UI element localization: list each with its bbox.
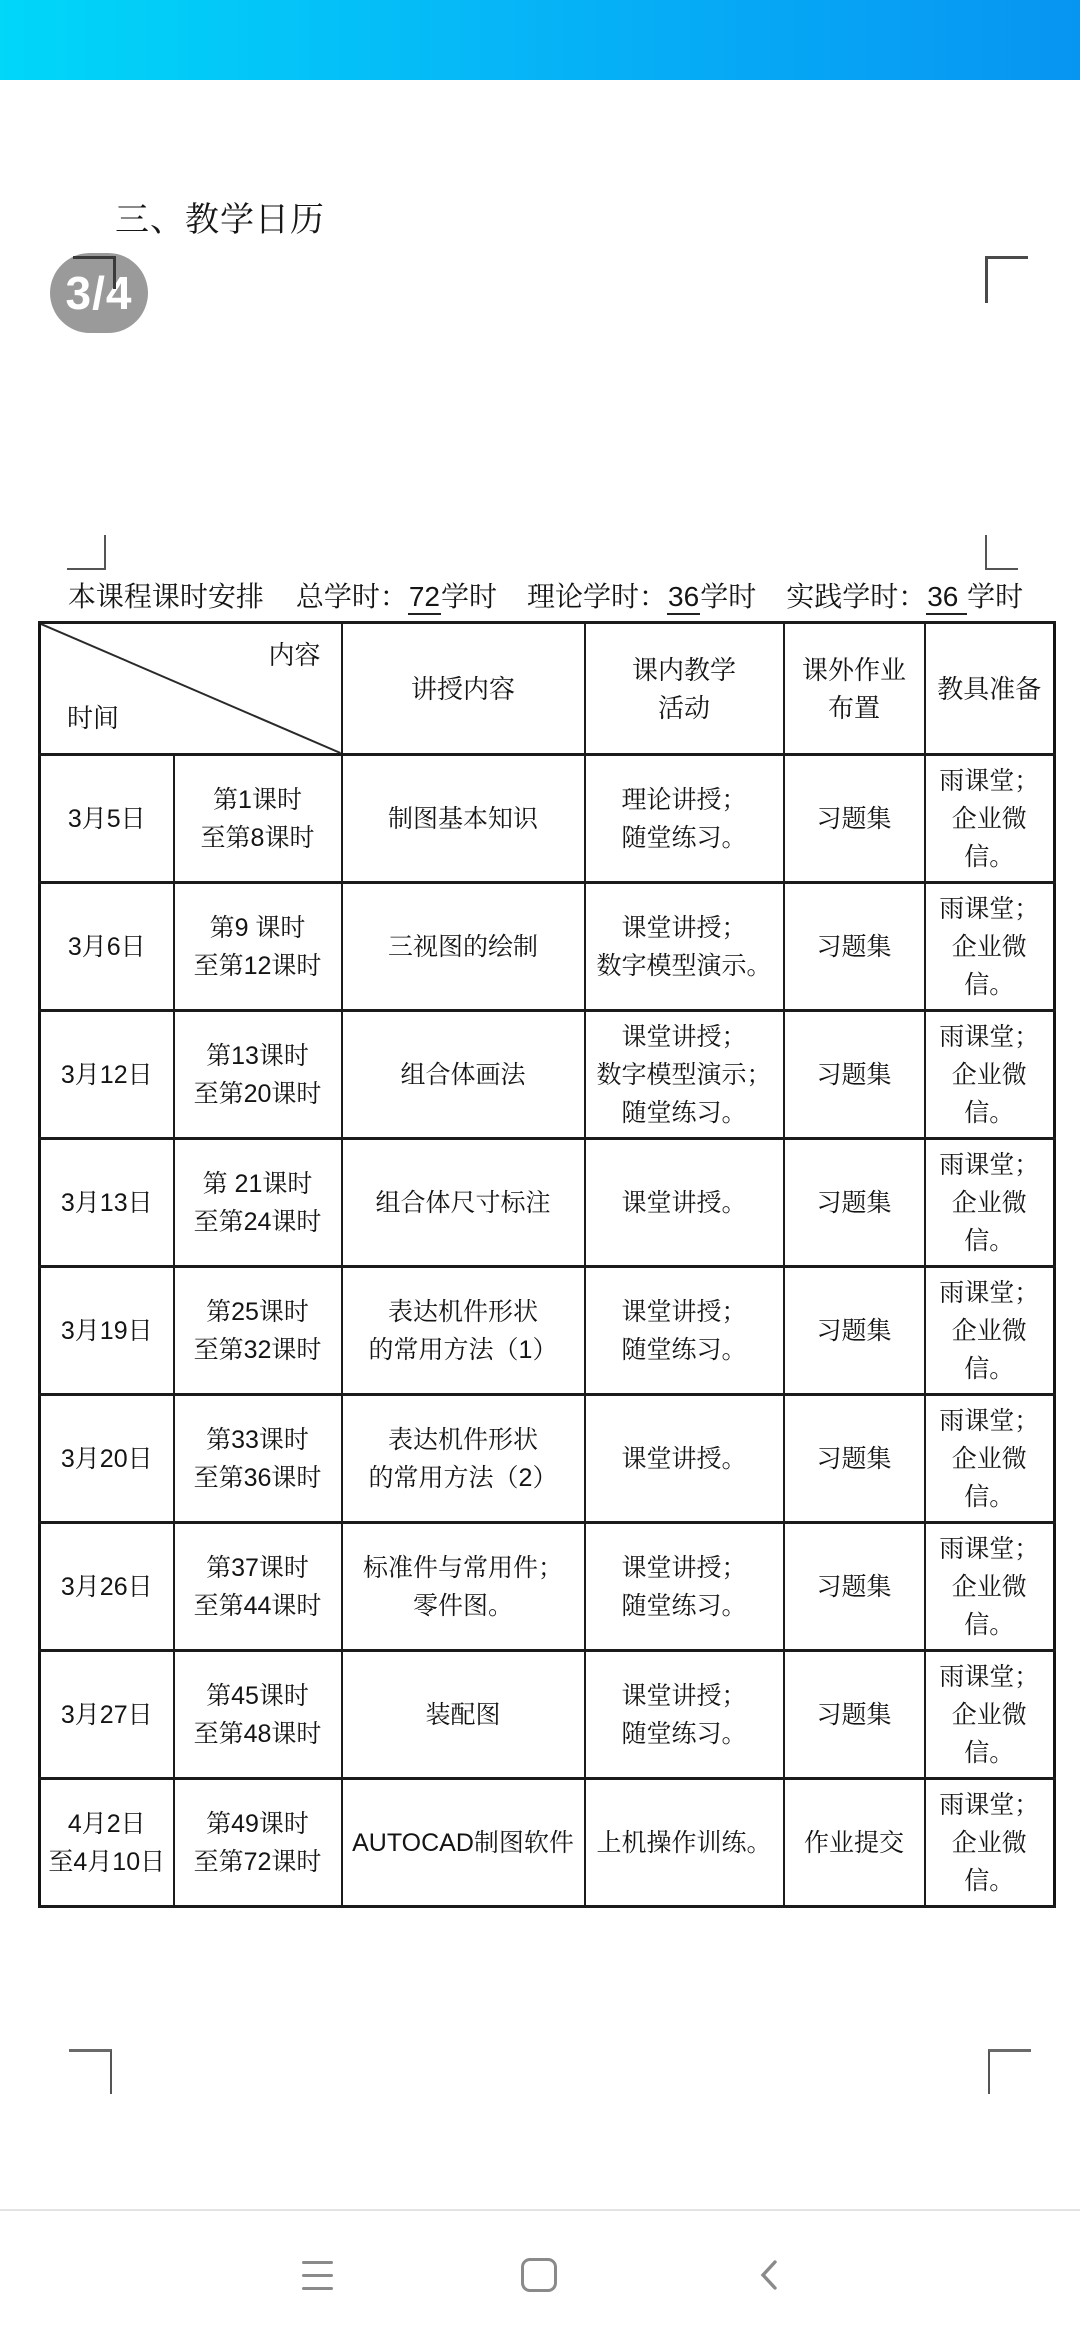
teaching-tools-cell: 雨课堂；企业微信。 bbox=[925, 1267, 1055, 1395]
date-cell: 3月5日 bbox=[40, 755, 174, 883]
back-button[interactable] bbox=[728, 2233, 812, 2317]
date-cell: 3月12日 bbox=[40, 1011, 174, 1139]
homework-cell: 习题集 bbox=[784, 1395, 925, 1523]
teaching-content-cell: 表达机件形状的常用方法（2） bbox=[342, 1395, 585, 1523]
homework-cell: 作业提交 bbox=[784, 1779, 925, 1907]
homework-cell: 习题集 bbox=[784, 755, 925, 883]
date-cell: 3月19日 bbox=[40, 1267, 174, 1395]
class-periods-cell: 第9 课时至第12课时 bbox=[174, 883, 342, 1011]
teaching-tools-cell: 雨课堂；企业微信。 bbox=[925, 1395, 1055, 1523]
system-nav-bar bbox=[0, 2211, 1080, 2340]
homework-cell: 习题集 bbox=[784, 1267, 925, 1395]
table-row: 3月5日第1课时至第8课时制图基本知识理论讲授；随堂练习。习题集雨课堂；企业微信… bbox=[40, 755, 1055, 883]
teaching-content-cell: 三视图的绘制 bbox=[342, 883, 585, 1011]
column-header-class-activity: 课内教学活动 bbox=[585, 623, 784, 755]
course-hours-line: 本课程课时安排总学时：72学时理论学时：36学时实践学时：36 学时 bbox=[38, 580, 1053, 614]
homework-cell: 习题集 bbox=[784, 883, 925, 1011]
corner-mark-bottom-right bbox=[988, 2049, 1031, 2094]
section-heading: 三、教学日历 bbox=[115, 200, 325, 240]
teaching-content-cell: 标准件与常用件；零件图。 bbox=[342, 1523, 585, 1651]
hours-item: 实践学时：36 学时 bbox=[786, 581, 1023, 615]
teaching-tools-cell: 雨课堂；企业微信。 bbox=[925, 1779, 1055, 1907]
back-icon bbox=[752, 2257, 788, 2293]
column-header-homework: 课外作业布置 bbox=[784, 623, 925, 755]
table-row: 4月2日至4月10日第49课时至第72课时AUTOCAD制图软件上机操作训练。作… bbox=[40, 1779, 1055, 1907]
table-row: 3月26日第37课时至第44课时标准件与常用件；零件图。课堂讲授；随堂练习。习题… bbox=[40, 1523, 1055, 1651]
hours-item: 理论学时：36学时 bbox=[527, 581, 756, 612]
class-activity-cell: 课堂讲授；数字模型演示；随堂练习。 bbox=[585, 1011, 784, 1139]
corner-mark-bottom-left bbox=[69, 2049, 112, 2094]
homework-cell: 习题集 bbox=[784, 1011, 925, 1139]
class-periods-cell: 第37课时至第44课时 bbox=[174, 1523, 342, 1651]
teaching-content-cell: 组合体画法 bbox=[342, 1011, 585, 1139]
teaching-tools-cell: 雨课堂；企业微信。 bbox=[925, 1139, 1055, 1267]
status-bar-gradient bbox=[0, 0, 1080, 80]
teaching-tools-cell: 雨课堂；企业微信。 bbox=[925, 1523, 1055, 1651]
column-header-teaching-tools: 教具准备 bbox=[925, 623, 1055, 755]
class-periods-cell: 第33课时至第36课时 bbox=[174, 1395, 342, 1523]
class-periods-cell: 第49课时至第72课时 bbox=[174, 1779, 342, 1907]
date-cell: 3月13日 bbox=[40, 1139, 174, 1267]
teaching-tools-cell: 雨课堂；企业微信。 bbox=[925, 883, 1055, 1011]
screen: 三、教学日历 3/4 本课程课时安排总学时：72学时理论学时：36学时实践学时：… bbox=[0, 0, 1080, 2340]
teaching-content-cell: 装配图 bbox=[342, 1651, 585, 1779]
teaching-tools-cell: 雨课堂；企业微信。 bbox=[925, 1651, 1055, 1779]
corner-mark-mid-right bbox=[985, 535, 1018, 570]
table-row: 3月27日第45课时至第48课时装配图课堂讲授；随堂练习。习题集雨课堂；企业微信… bbox=[40, 1651, 1055, 1779]
homework-cell: 习题集 bbox=[784, 1523, 925, 1651]
class-periods-cell: 第1课时至第8课时 bbox=[174, 755, 342, 883]
class-periods-cell: 第13课时至第20课时 bbox=[174, 1011, 342, 1139]
table-row: 3月6日第9 课时至第12课时三视图的绘制课堂讲授；数字模型演示。习题集雨课堂；… bbox=[40, 883, 1055, 1011]
table-row: 3月19日第25课时至第32课时表达机件形状的常用方法（1）课堂讲授；随堂练习。… bbox=[40, 1267, 1055, 1395]
corner-mark-mid-left bbox=[67, 535, 106, 570]
class-activity-cell: 课堂讲授；随堂练习。 bbox=[585, 1651, 784, 1779]
class-activity-cell: 上机操作训练。 bbox=[585, 1779, 784, 1907]
home-icon bbox=[521, 2258, 557, 2292]
homework-cell: 习题集 bbox=[784, 1139, 925, 1267]
teaching-content-cell: AUTOCAD制图软件 bbox=[342, 1779, 585, 1907]
header-content-label: 内容 bbox=[268, 636, 320, 674]
corner-mark-top-left bbox=[73, 256, 116, 289]
teaching-tools-cell: 雨课堂；企业微信。 bbox=[925, 755, 1055, 883]
class-activity-cell: 课堂讲授。 bbox=[585, 1395, 784, 1523]
class-activity-cell: 理论讲授；随堂练习。 bbox=[585, 755, 784, 883]
class-activity-cell: 课堂讲授；数字模型演示。 bbox=[585, 883, 784, 1011]
recents-icon bbox=[302, 2256, 333, 2295]
class-activity-cell: 课堂讲授；随堂练习。 bbox=[585, 1267, 784, 1395]
teaching-content-cell: 表达机件形状的常用方法（1） bbox=[342, 1267, 585, 1395]
teaching-content-cell: 制图基本知识 bbox=[342, 755, 585, 883]
teaching-tools-cell: 雨课堂；企业微信。 bbox=[925, 1011, 1055, 1139]
header-time-label: 时间 bbox=[67, 699, 119, 737]
class-activity-cell: 课堂讲授；随堂练习。 bbox=[585, 1523, 784, 1651]
class-activity-cell: 课堂讲授。 bbox=[585, 1139, 784, 1267]
table-header-row: 内容 时间 讲授内容 课内教学活动 课外作业布置 教具准备 bbox=[40, 623, 1055, 755]
class-periods-cell: 第 21课时至第24课时 bbox=[174, 1139, 342, 1267]
homework-cell: 习题集 bbox=[784, 1651, 925, 1779]
class-periods-cell: 第45课时至第48课时 bbox=[174, 1651, 342, 1779]
hours-item: 总学时：72学时 bbox=[296, 581, 497, 612]
teaching-calendar-table: 内容 时间 讲授内容 课内教学活动 课外作业布置 教具准备 3月5日第1课时至第… bbox=[38, 621, 1056, 1908]
home-button[interactable] bbox=[497, 2233, 581, 2317]
recents-button[interactable] bbox=[275, 2233, 359, 2317]
date-cell: 3月6日 bbox=[40, 883, 174, 1011]
date-cell: 4月2日至4月10日 bbox=[40, 1779, 174, 1907]
date-cell: 3月20日 bbox=[40, 1395, 174, 1523]
corner-mark-top-right bbox=[985, 256, 1028, 303]
teaching-content-cell: 组合体尺寸标注 bbox=[342, 1139, 585, 1267]
table-row: 3月12日第13课时至第20课时组合体画法课堂讲授；数字模型演示；随堂练习。习题… bbox=[40, 1011, 1055, 1139]
date-cell: 3月27日 bbox=[40, 1651, 174, 1779]
diagonal-header-cell: 内容 时间 bbox=[40, 623, 342, 755]
date-cell: 3月26日 bbox=[40, 1523, 174, 1651]
column-header-teaching-content: 讲授内容 bbox=[342, 623, 585, 755]
table-row: 3月13日第 21课时至第24课时组合体尺寸标注课堂讲授。习题集雨课堂；企业微信… bbox=[40, 1139, 1055, 1267]
class-periods-cell: 第25课时至第32课时 bbox=[174, 1267, 342, 1395]
hours-title: 本课程课时安排 bbox=[68, 581, 264, 612]
table-row: 3月20日第33课时至第36课时表达机件形状的常用方法（2）课堂讲授。习题集雨课… bbox=[40, 1395, 1055, 1523]
